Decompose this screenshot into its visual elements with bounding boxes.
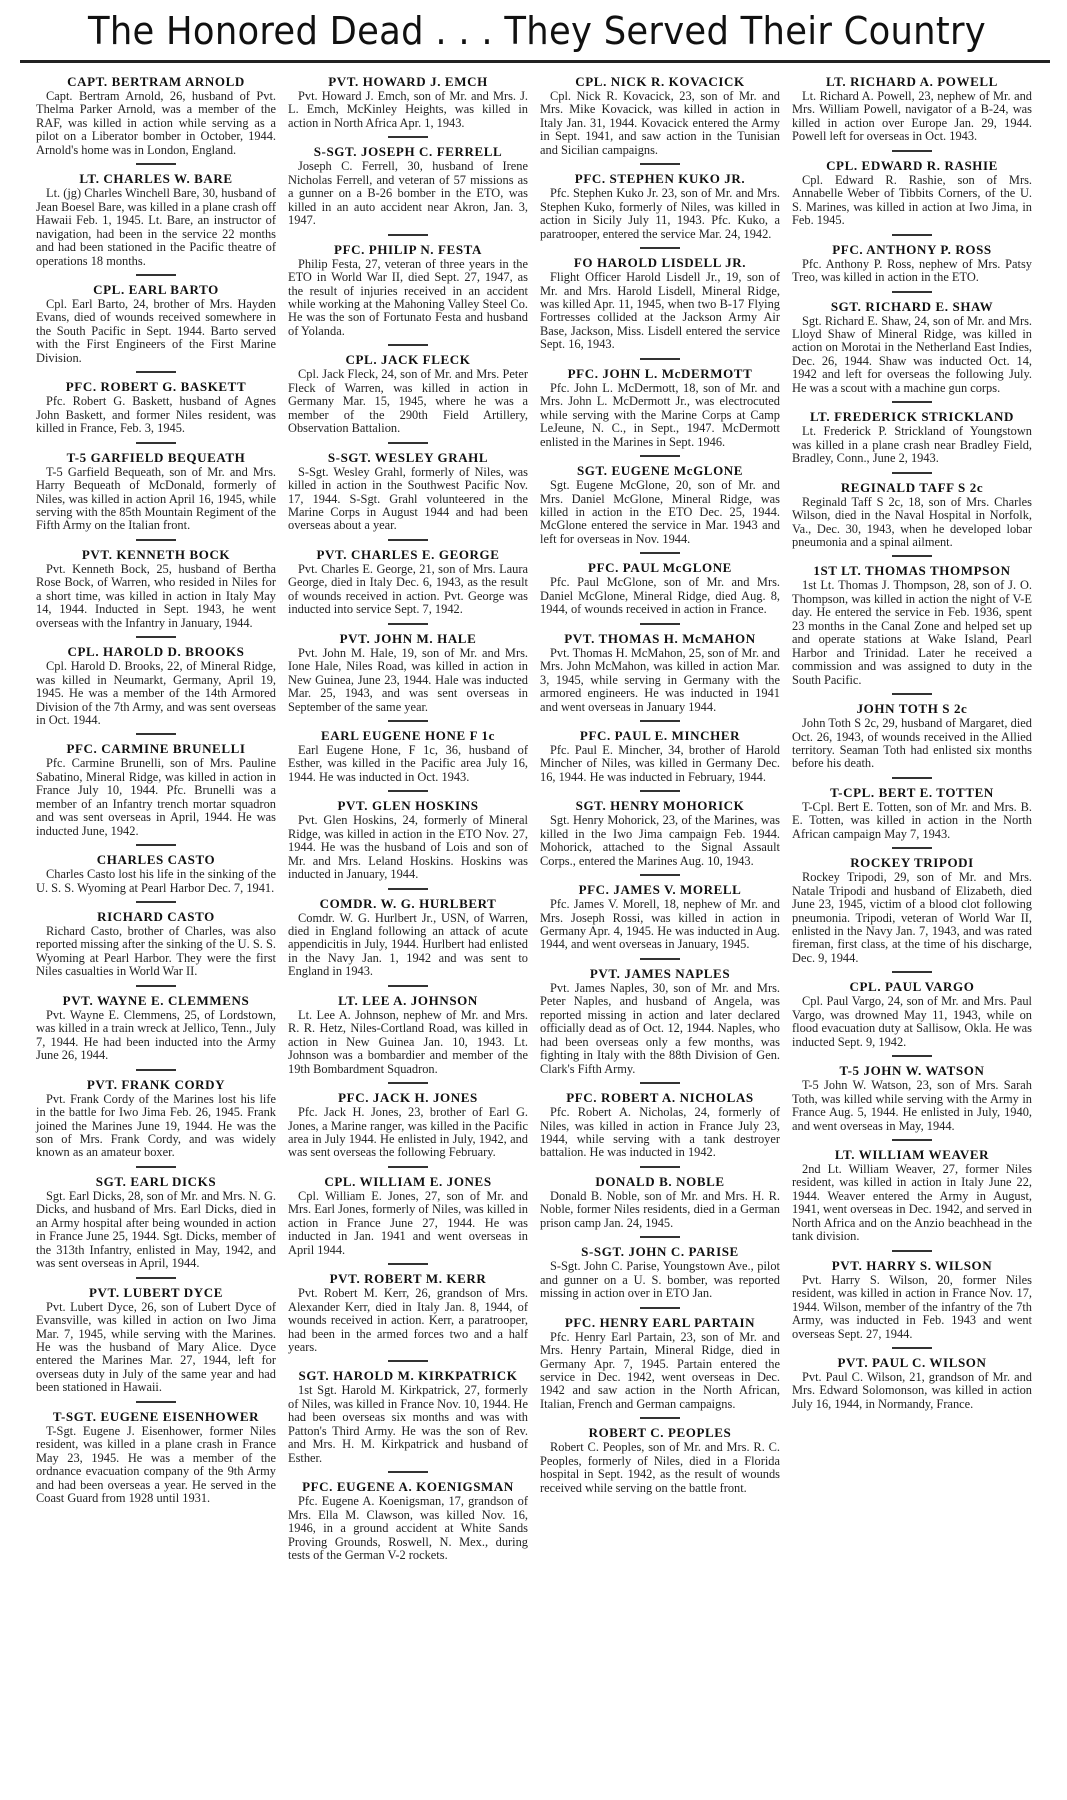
entry-separator <box>388 234 428 236</box>
entry-name: ROBERT C. PEOPLES <box>540 1425 780 1441</box>
obituary-entry: CHARLES CASTOCharles Casto lost his life… <box>36 850 276 895</box>
obituary-entry: PVT. PAUL C. WILSONPvt. Paul C. Wilson, … <box>792 1353 1032 1411</box>
obituary-entry: PVT. ROBERT M. KERRPvt. Robert M. Kerr, … <box>288 1269 528 1354</box>
entry-name: CPL. JACK FLECK <box>288 352 528 368</box>
entry-text: Pvt. Paul C. Wilson, 21, grandson of Mr.… <box>792 1371 1032 1411</box>
entry-name: PVT. JAMES NAPLES <box>540 966 780 982</box>
entry-name: LT. RICHARD A. POWELL <box>792 74 1032 90</box>
obituary-entry: PFC. ANTHONY P. ROSSPfc. Anthony P. Ross… <box>792 240 1032 285</box>
entry-name: PFC. PHILIP N. FESTA <box>288 242 528 258</box>
obituary-entry: CPL. EDWARD R. RASHIECpl. Edward R. Rash… <box>792 156 1032 228</box>
entry-text: Pfc. James V. Morell, 18, nephew of Mr. … <box>540 898 780 952</box>
entry-separator <box>892 1250 932 1252</box>
column-4: LT. RICHARD A. POWELLLt. Richard A. Powe… <box>792 72 1032 1792</box>
entry-separator <box>892 472 932 474</box>
obituary-entry: PFC. HENRY EARL PARTAINPfc. Henry Earl P… <box>540 1313 780 1412</box>
entry-separator <box>640 1082 680 1084</box>
obituary-entry: SGT. HENRY MOHORICKSgt. Henry Mohorick, … <box>540 796 780 868</box>
entry-separator <box>388 1082 428 1084</box>
obituary-entry: PFC. PAUL McGLONEPfc. Paul McGlone, son … <box>540 558 780 616</box>
entry-separator <box>892 150 932 152</box>
entry-name: PVT. ROBERT M. KERR <box>288 1271 528 1287</box>
obituary-entry: SGT. HAROLD M. KIRKPATRICK1st Sgt. Harol… <box>288 1366 528 1465</box>
entry-name: SGT. EUGENE McGLONE <box>540 463 780 479</box>
entry-text: Richard Casto, brother of Charles, was a… <box>36 925 276 979</box>
entry-text: Robert C. Peoples, son of Mr. and Mrs. R… <box>540 1441 780 1495</box>
entry-separator <box>136 733 176 735</box>
entry-name: PVT. PAUL C. WILSON <box>792 1355 1032 1371</box>
obituary-entry: SGT. EARL DICKSSgt. Earl Dicks, 28, son … <box>36 1172 276 1271</box>
obituary-entry: PVT. WAYNE E. CLEMMENSPvt. Wayne E. Clem… <box>36 991 276 1063</box>
obituary-entry: T-CPL. BERT E. TOTTENT-Cpl. Bert E. Tott… <box>792 783 1032 841</box>
obituary-entry: SGT. RICHARD E. SHAWSgt. Richard E. Shaw… <box>792 297 1032 396</box>
entry-text: Sgt. Henry Mohorick, 23, of the Marines,… <box>540 814 780 868</box>
entry-name: ROCKEY TRIPODI <box>792 855 1032 871</box>
entry-name: CPL. EARL BARTO <box>36 282 276 298</box>
entry-name: PFC. HENRY EARL PARTAIN <box>540 1315 780 1331</box>
entry-name: T-SGT. EUGENE EISENHOWER <box>36 1409 276 1425</box>
entry-name: PVT. JOHN M. HALE <box>288 631 528 647</box>
entry-text: Lt. Frederick P. Strickland of Youngstow… <box>792 425 1032 465</box>
entry-text: Comdr. W. G. Hurlbert Jr., USN, of Warre… <box>288 912 528 979</box>
entry-text: Philip Festa, 27, veteran of three years… <box>288 258 528 339</box>
entry-text: Pfc. Paul E. Mincher, 34, brother of Har… <box>540 744 780 784</box>
entry-text: S-Sgt. Wesley Grahl, formerly of Niles, … <box>288 466 528 533</box>
entry-text: Cpl. William E. Jones, 27, son of Mr. an… <box>288 1190 528 1257</box>
entry-separator <box>388 539 428 541</box>
obituary-entry: 1ST LT. THOMAS THOMPSON1st Lt. Thomas J.… <box>792 561 1032 687</box>
obituary-entry: S-SGT. WESLEY GRAHLS-Sgt. Wesley Grahl, … <box>288 448 528 533</box>
entry-text: Cpl. Nick R. Kovacick, 23, son of Mr. an… <box>540 90 780 157</box>
title-rule <box>20 60 1050 63</box>
entry-text: Cpl. Edward R. Rashie, son of Mrs. Annab… <box>792 174 1032 228</box>
column-1: CAPT. BERTRAM ARNOLDCapt. Bertram Arnold… <box>36 72 276 1792</box>
entry-text: Charles Casto lost his life in the sinki… <box>36 868 276 895</box>
entry-separator <box>388 888 428 890</box>
entry-text: Rockey Tripodi, 29, son of Mr. and Mrs. … <box>792 871 1032 965</box>
entry-name: PFC. CARMINE BRUNELLI <box>36 741 276 757</box>
obituary-entry: T-5 JOHN W. WATSONT-5 John W. Watson, 23… <box>792 1061 1032 1133</box>
entry-name: PVT. FRANK CORDY <box>36 1077 276 1093</box>
entry-name: PVT. WAYNE E. CLEMMENS <box>36 993 276 1009</box>
entry-name: PVT. THOMAS H. McMAHON <box>540 631 780 647</box>
obituary-entry: PFC. ROBERT G. BASKETTPfc. Robert G. Bas… <box>36 377 276 435</box>
entry-separator <box>892 1347 932 1349</box>
entry-separator <box>388 344 428 346</box>
entry-separator <box>388 720 428 722</box>
entry-name: S-SGT. JOSEPH C. FERRELL <box>288 144 528 160</box>
page-title: The Honored Dead . . . They Served Their… <box>67 6 1006 56</box>
entry-name: T-CPL. BERT E. TOTTEN <box>792 785 1032 801</box>
obituary-entry: LT. CHARLES W. BARELt. (jg) Charles Winc… <box>36 169 276 268</box>
entry-text: T-5 John W. Watson, 23, son of Mrs. Sara… <box>792 1079 1032 1133</box>
entry-separator <box>388 1166 428 1168</box>
obituary-entry: EARL EUGENE HONE F 1cEarl Eugene Hone, F… <box>288 726 528 784</box>
entry-separator <box>892 971 932 973</box>
entry-separator <box>136 539 176 541</box>
entry-separator <box>892 1139 932 1141</box>
obituary-entry: PVT. KENNETH BOCKPvt. Kenneth Bock, 25, … <box>36 545 276 630</box>
entry-name: SGT. HENRY MOHORICK <box>540 798 780 814</box>
entry-separator <box>892 291 932 293</box>
entry-name: LT. CHARLES W. BARE <box>36 171 276 187</box>
entry-separator <box>892 777 932 779</box>
entry-name: PVT. CHARLES E. GEORGE <box>288 547 528 563</box>
entry-separator <box>640 358 680 360</box>
entry-text: Pvt. Lubert Dyce, 26, son of Lubert Dyce… <box>36 1301 276 1395</box>
obituary-entry: CPL. EARL BARTOCpl. Earl Barto, 24, brot… <box>36 280 276 365</box>
obituary-entry: ROBERT C. PEOPLESRobert C. Peoples, son … <box>540 1423 780 1495</box>
entry-name: CHARLES CASTO <box>36 852 276 868</box>
entry-name: PFC. STEPHEN KUKO JR. <box>540 171 780 187</box>
entry-name: JOHN TOTH S 2c <box>792 701 1032 717</box>
entry-separator <box>136 844 176 846</box>
obituary-entry: DONALD B. NOBLEDonald B. Noble, son of M… <box>540 1172 780 1230</box>
entry-separator <box>136 442 176 444</box>
obituary-entry: RICHARD CASTORichard Casto, brother of C… <box>36 907 276 979</box>
entry-separator <box>388 442 428 444</box>
obituary-entry: PVT. GLEN HOSKINSPvt. Glen Hoskins, 24, … <box>288 796 528 881</box>
entry-separator <box>892 234 932 236</box>
entry-text: Pvt. Thomas H. McMahon, 25, son of Mr. a… <box>540 647 780 714</box>
obituary-entry: PFC. JAMES V. MORELLPfc. James V. Morell… <box>540 880 780 952</box>
obituary-entry: PFC. EUGENE A. KOENIGSMANPfc. Eugene A. … <box>288 1477 528 1562</box>
entry-text: Donald B. Noble, son of Mr. and Mrs. H. … <box>540 1190 780 1230</box>
entry-text: T-Cpl. Bert E. Totten, son of Mr. and Mr… <box>792 801 1032 841</box>
obituary-entry: S-SGT. JOHN C. PARISES-Sgt. John C. Pari… <box>540 1242 780 1300</box>
entry-name: SGT. RICHARD E. SHAW <box>792 299 1032 315</box>
entry-name: PFC. JOHN L. McDERMOTT <box>540 366 780 382</box>
entry-text: Pfc. Paul McGlone, son of Mr. and Mrs. D… <box>540 576 780 616</box>
obituary-entry: PFC. CARMINE BRUNELLIPfc. Carmine Brunel… <box>36 739 276 838</box>
entry-separator <box>136 1069 176 1071</box>
entry-name: SGT. HAROLD M. KIRKPATRICK <box>288 1368 528 1384</box>
entry-name: CPL. HAROLD D. BROOKS <box>36 644 276 660</box>
entry-text: Pvt. Charles E. George, 21, son of Mrs. … <box>288 563 528 617</box>
entry-name: LT. FREDERICK STRICKLAND <box>792 409 1032 425</box>
entry-text: Pvt. Glen Hoskins, 24, formerly of Miner… <box>288 814 528 881</box>
entry-separator <box>640 1166 680 1168</box>
entry-text: S-Sgt. John C. Parise, Youngstown Ave., … <box>540 1260 780 1300</box>
obituary-entry: PVT. HARRY S. WILSONPvt. Harry S. Wilson… <box>792 1256 1032 1341</box>
entry-separator <box>640 163 680 165</box>
obituary-entry: PFC. ROBERT A. NICHOLASPfc. Robert A. Ni… <box>540 1088 780 1160</box>
entry-name: PVT. HARRY S. WILSON <box>792 1258 1032 1274</box>
obituary-entry: LT. RICHARD A. POWELLLt. Richard A. Powe… <box>792 72 1032 144</box>
entry-text: Pfc. Jack H. Jones, 23, brother of Earl … <box>288 1106 528 1160</box>
entry-name: CPL. PAUL VARGO <box>792 979 1032 995</box>
obituary-entry: PVT. CHARLES E. GEORGEPvt. Charles E. Ge… <box>288 545 528 617</box>
entry-name: S-SGT. WESLEY GRAHL <box>288 450 528 466</box>
entry-text: Pvt. Robert M. Kerr, 26, grandson of Mrs… <box>288 1287 528 1354</box>
entry-text: Pfc. John L. McDermott, 18, son of Mr. a… <box>540 382 780 449</box>
entry-text: Pfc. Anthony P. Ross, nephew of Mrs. Pat… <box>792 258 1032 285</box>
entry-separator <box>136 371 176 373</box>
entry-text: Flight Officer Harold Lisdell Jr., 19, s… <box>540 271 780 352</box>
entry-separator <box>640 720 680 722</box>
entry-text: Capt. Bertram Arnold, 26, husband of Pvt… <box>36 90 276 157</box>
obituary-entry: FO HAROLD LISDELL JR.Flight Officer Haro… <box>540 253 780 352</box>
column-3: CPL. NICK R. KOVACICKCpl. Nick R. Kovaci… <box>540 72 780 1792</box>
entry-name: T-5 JOHN W. WATSON <box>792 1063 1032 1079</box>
entry-text: 2nd Lt. William Weaver, 27, former Niles… <box>792 1163 1032 1244</box>
entry-separator <box>640 623 680 625</box>
entry-separator <box>640 1417 680 1419</box>
obituary-entry: JOHN TOTH S 2cJohn Toth S 2c, 29, husban… <box>792 699 1032 771</box>
obituary-columns: CAPT. BERTRAM ARNOLDCapt. Bertram Arnold… <box>36 72 1036 1792</box>
entry-name: EARL EUGENE HONE F 1c <box>288 728 528 744</box>
entry-text: Pfc. Robert A. Nicholas, 24, formerly of… <box>540 1106 780 1160</box>
entry-text: T-5 Garfield Bequeath, son of Mr. and Mr… <box>36 466 276 533</box>
entry-separator <box>640 455 680 457</box>
entry-separator <box>640 552 680 554</box>
entry-text: 1st Lt. Thomas J. Thompson, 28, son of J… <box>792 579 1032 687</box>
obituary-entry: PVT. THOMAS H. McMAHONPvt. Thomas H. McM… <box>540 629 780 714</box>
entry-separator <box>892 693 932 695</box>
entry-separator <box>640 1236 680 1238</box>
entry-separator <box>136 1166 176 1168</box>
entry-name: CPL. EDWARD R. RASHIE <box>792 158 1032 174</box>
entry-name: LT. LEE A. JOHNSON <box>288 993 528 1009</box>
entry-name: PVT. LUBERT DYCE <box>36 1285 276 1301</box>
entry-separator <box>388 1360 428 1362</box>
obituary-entry: ROCKEY TRIPODIRockey Tripodi, 29, son of… <box>792 853 1032 965</box>
entry-name: PFC. EUGENE A. KOENIGSMAN <box>288 1479 528 1495</box>
entry-separator <box>388 790 428 792</box>
obituary-entry: CAPT. BERTRAM ARNOLDCapt. Bertram Arnold… <box>36 72 276 157</box>
entry-separator <box>892 555 932 557</box>
entry-name: PVT. KENNETH BOCK <box>36 547 276 563</box>
entry-text: Sgt. Eugene McGlone, 20, son of Mr. and … <box>540 479 780 546</box>
entry-separator <box>388 1263 428 1265</box>
obituary-entry: CPL. JACK FLECKCpl. Jack Fleck, 24, son … <box>288 350 528 435</box>
entry-text: Pfc. Henry Earl Partain, 23, son of Mr. … <box>540 1331 780 1412</box>
entry-text: Pfc. Eugene A. Koenigsman, 17, grandson … <box>288 1495 528 1562</box>
entry-name: PFC. ROBERT A. NICHOLAS <box>540 1090 780 1106</box>
obituary-entry: T-5 GARFIELD BEQUEATHT-5 Garfield Bequea… <box>36 448 276 533</box>
obituary-entry: PVT. JOHN M. HALEPvt. John M. Hale, 19, … <box>288 629 528 714</box>
entry-name: FO HAROLD LISDELL JR. <box>540 255 780 271</box>
entry-text: Pfc. Robert G. Baskett, husband of Agnes… <box>36 395 276 435</box>
entry-separator <box>388 985 428 987</box>
entry-name: PFC. JAMES V. MORELL <box>540 882 780 898</box>
entry-separator <box>388 1471 428 1473</box>
entry-text: Pvt. John M. Hale, 19, son of Mr. and Mr… <box>288 647 528 714</box>
entry-name: 1ST LT. THOMAS THOMPSON <box>792 563 1032 579</box>
entry-name: PFC. JACK H. JONES <box>288 1090 528 1106</box>
entry-separator <box>136 985 176 987</box>
entry-text: Pvt. Frank Cordy of the Marines lost his… <box>36 1093 276 1160</box>
entry-text: Lt. Lee A. Johnson, nephew of Mr. and Mr… <box>288 1009 528 1076</box>
entry-text: John Toth S 2c, 29, husband of Margaret,… <box>792 717 1032 771</box>
entry-text: Cpl. Earl Barto, 24, brother of Mrs. Hay… <box>36 298 276 365</box>
entry-separator <box>640 247 680 249</box>
entry-separator <box>892 847 932 849</box>
obituary-entry: SGT. EUGENE McGLONESgt. Eugene McGlone, … <box>540 461 780 546</box>
entry-name: PFC. ANTHONY P. ROSS <box>792 242 1032 258</box>
obituary-entry: LT. LEE A. JOHNSONLt. Lee A. Johnson, ne… <box>288 991 528 1076</box>
entry-name: PVT. HOWARD J. EMCH <box>288 74 528 90</box>
obituary-entry: CPL. PAUL VARGOCpl. Paul Vargo, 24, son … <box>792 977 1032 1049</box>
entry-text: Reginald Taff S 2c, 18, son of Mrs. Char… <box>792 496 1032 550</box>
entry-name: PVT. GLEN HOSKINS <box>288 798 528 814</box>
obituary-entry: CPL. WILLIAM E. JONESCpl. William E. Jon… <box>288 1172 528 1257</box>
entry-name: S-SGT. JOHN C. PARISE <box>540 1244 780 1260</box>
obituary-entry: PFC. JOHN L. McDERMOTTPfc. John L. McDer… <box>540 364 780 449</box>
obituary-entry: LT. FREDERICK STRICKLANDLt. Frederick P.… <box>792 407 1032 465</box>
obituary-entry: PFC. PHILIP N. FESTAPhilip Festa, 27, ve… <box>288 240 528 339</box>
obituary-entry: T-SGT. EUGENE EISENHOWERT-Sgt. Eugene J.… <box>36 1407 276 1506</box>
entry-text: Sgt. Richard E. Shaw, 24, son of Mr. and… <box>792 315 1032 396</box>
entry-name: REGINALD TAFF S 2c <box>792 480 1032 496</box>
entry-separator <box>388 623 428 625</box>
entry-text: Cpl. Paul Vargo, 24, son of Mr. and Mrs.… <box>792 995 1032 1049</box>
entry-name: COMDR. W. G. HURLBERT <box>288 896 528 912</box>
entry-name: PFC. PAUL McGLONE <box>540 560 780 576</box>
obituary-entry: PVT. JAMES NAPLESPvt. James Naples, 30, … <box>540 964 780 1076</box>
entry-separator <box>388 136 428 138</box>
entry-separator <box>136 1401 176 1403</box>
entry-text: Pvt. Kenneth Bock, 25, husband of Bertha… <box>36 563 276 630</box>
entry-name: SGT. EARL DICKS <box>36 1174 276 1190</box>
entry-name: RICHARD CASTO <box>36 909 276 925</box>
entry-separator <box>640 958 680 960</box>
entry-separator <box>892 1055 932 1057</box>
entry-text: Cpl. Jack Fleck, 24, son of Mr. and Mrs.… <box>288 368 528 435</box>
entry-text: 1st Sgt. Harold M. Kirkpatrick, 27, form… <box>288 1384 528 1465</box>
entry-separator <box>640 874 680 876</box>
entry-text: Cpl. Harold D. Brooks, 22, of Mineral Ri… <box>36 660 276 727</box>
entry-text: Sgt. Earl Dicks, 28, son of Mr. and Mrs.… <box>36 1190 276 1271</box>
entry-separator <box>136 901 176 903</box>
entry-separator <box>136 274 176 276</box>
obituary-entry: REGINALD TAFF S 2cReginald Taff S 2c, 18… <box>792 478 1032 550</box>
entry-text: Pvt. Harry S. Wilson, 20, former Niles r… <box>792 1274 1032 1341</box>
obituary-entry: COMDR. W. G. HURLBERTComdr. W. G. Hurlbe… <box>288 894 528 979</box>
entry-name: CAPT. BERTRAM ARNOLD <box>36 74 276 90</box>
entry-name: LT. WILLIAM WEAVER <box>792 1147 1032 1163</box>
entry-text: Lt. (jg) Charles Winchell Bare, 30, husb… <box>36 187 276 268</box>
entry-separator <box>136 163 176 165</box>
entry-text: Lt. Richard A. Powell, 23, nephew of Mr.… <box>792 90 1032 144</box>
entry-separator <box>136 1277 176 1279</box>
obituary-entry: S-SGT. JOSEPH C. FERRELLJoseph C. Ferrel… <box>288 142 528 227</box>
entry-separator <box>640 1307 680 1309</box>
entry-name: DONALD B. NOBLE <box>540 1174 780 1190</box>
entry-name: CPL. NICK R. KOVACICK <box>540 74 780 90</box>
obituary-entry: PVT. LUBERT DYCEPvt. Lubert Dyce, 26, so… <box>36 1283 276 1395</box>
entry-separator <box>640 790 680 792</box>
entry-text: T-Sgt. Eugene J. Eisenhower, former Nile… <box>36 1425 276 1506</box>
entry-name: CPL. WILLIAM E. JONES <box>288 1174 528 1190</box>
obituary-entry: PFC. STEPHEN KUKO JR.Pfc. Stephen Kuko J… <box>540 169 780 241</box>
obituary-entry: PVT. FRANK CORDYPvt. Frank Cordy of the … <box>36 1075 276 1160</box>
column-2: PVT. HOWARD J. EMCHPvt. Howard J. Emch, … <box>288 72 528 1792</box>
entry-separator <box>892 401 932 403</box>
obituary-entry: LT. WILLIAM WEAVER2nd Lt. William Weaver… <box>792 1145 1032 1244</box>
entry-text: Pvt. Wayne E. Clemmens, 25, of Lordstown… <box>36 1009 276 1063</box>
obituary-entry: CPL. HAROLD D. BROOKSCpl. Harold D. Broo… <box>36 642 276 727</box>
entry-text: Joseph C. Ferrell, 30, husband of Irene … <box>288 160 528 227</box>
obituary-entry: CPL. NICK R. KOVACICKCpl. Nick R. Kovaci… <box>540 72 780 157</box>
entry-name: T-5 GARFIELD BEQUEATH <box>36 450 276 466</box>
entry-text: Pfc. Carmine Brunelli, son of Mrs. Pauli… <box>36 757 276 838</box>
entry-text: Pfc. Stephen Kuko Jr. 23, son of Mr. and… <box>540 187 780 241</box>
entry-text: Pvt. Howard J. Emch, son of Mr. and Mrs.… <box>288 90 528 130</box>
obituary-entry: PFC. PAUL E. MINCHERPfc. Paul E. Mincher… <box>540 726 780 784</box>
entry-text: Earl Eugene Hone, F 1c, 36, husband of E… <box>288 744 528 784</box>
entry-name: PFC. PAUL E. MINCHER <box>540 728 780 744</box>
obituary-entry: PFC. JACK H. JONESPfc. Jack H. Jones, 23… <box>288 1088 528 1160</box>
entry-text: Pvt. James Naples, 30, son of Mr. and Mr… <box>540 982 780 1076</box>
entry-name: PFC. ROBERT G. BASKETT <box>36 379 276 395</box>
entry-separator <box>136 636 176 638</box>
obituary-entry: PVT. HOWARD J. EMCHPvt. Howard J. Emch, … <box>288 72 528 130</box>
